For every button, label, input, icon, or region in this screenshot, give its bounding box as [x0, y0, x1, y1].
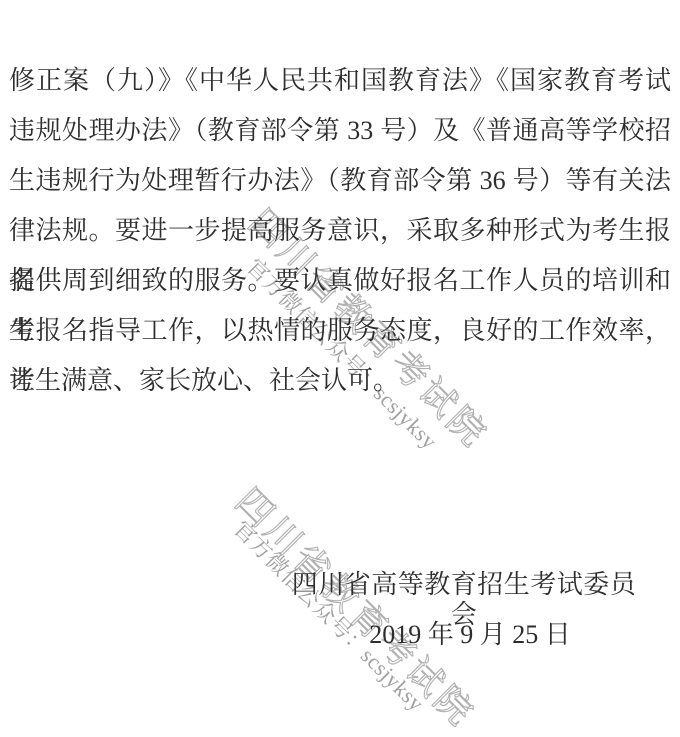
body-line-4: 律法规。要进一步提高服务意识，采取多种形式为考生报名 — [9, 206, 671, 256]
body-line-1: 修正案（九）》《中华人民共和国教育法》《国家教育考试 — [9, 56, 671, 106]
document-page: 四川省教育考试院 官方微信公众号：scsjyksy 四川省教育考试院 官方微信公… — [0, 0, 680, 737]
body-line-3: 生违规行为处理暂行办法》（教育部令第 36 号）等有关法 — [9, 156, 671, 206]
body-line-7: 考生满意、家长放心、社会认可。 — [9, 356, 671, 406]
body-line-6: 生报名指导工作，以热情的服务态度，良好的工作效率，让 — [9, 306, 671, 356]
document-body: 修正案（九）》《中华人民共和国教育法》《国家教育考试 违规处理办法》（教育部令第… — [9, 56, 671, 406]
body-line-5: 提供周到细致的服务。要认真做好报名工作人员的培训和考 — [9, 256, 671, 306]
body-line-2: 违规处理办法》（教育部令第 33 号）及《普通高等学校招 — [9, 106, 671, 156]
date-line: 2019 年 9 月 25 日 — [304, 620, 636, 650]
